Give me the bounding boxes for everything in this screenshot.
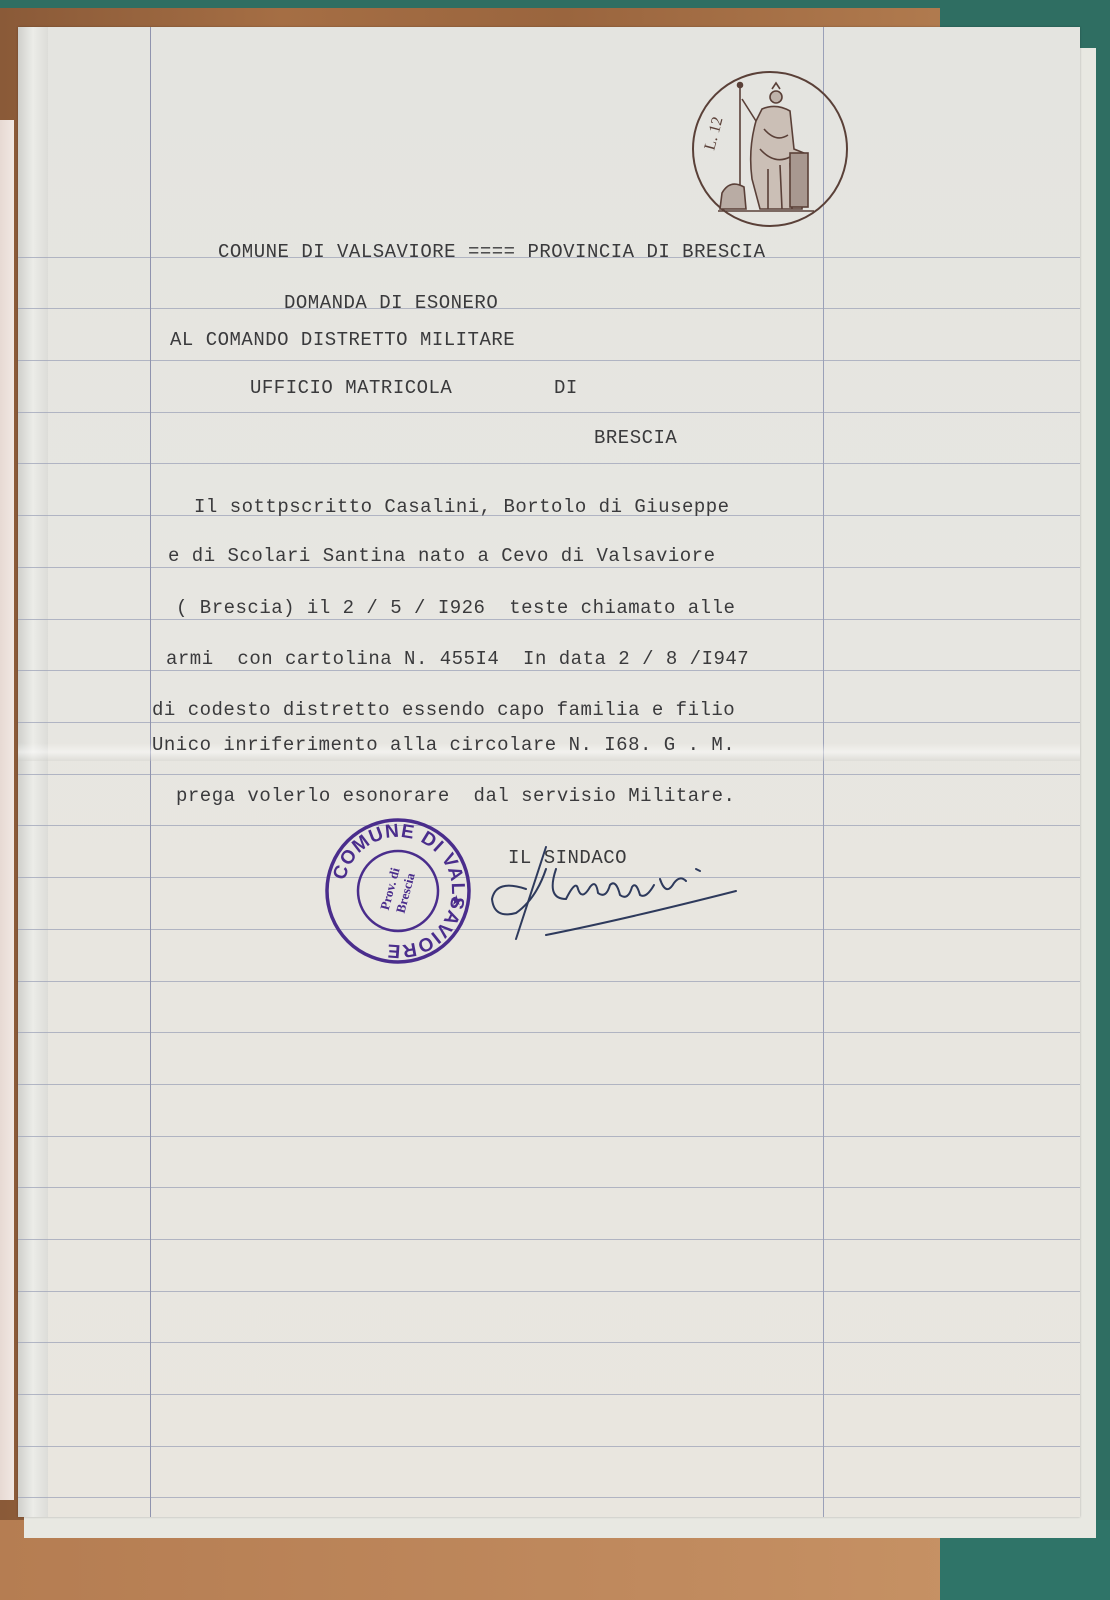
addressee-city: BRESCIA (594, 427, 677, 449)
ruled-line (18, 1342, 1080, 1343)
svg-text:L. 12: L. 12 (701, 115, 726, 152)
ruled-line (18, 1136, 1080, 1137)
ruled-line (18, 1394, 1080, 1395)
ruled-line (18, 981, 1080, 982)
ruled-line (18, 670, 1080, 671)
mayor-signature (486, 839, 746, 949)
ruled-line (18, 1291, 1080, 1292)
right-margin-line (823, 27, 824, 1517)
paper-stack-edge (0, 120, 14, 1500)
revenue-stamp: L. 12 (690, 69, 850, 229)
italia-figure-icon: L. 12 (690, 69, 850, 229)
ruled-line (18, 619, 1080, 620)
body-line: ( Brescia) il 2 / 5 / I926 teste chiamat… (176, 597, 735, 619)
ruled-line (18, 1497, 1080, 1498)
municipal-seal: COMUNE DI VALSAVIORE ★ Prov. di Brescia (324, 817, 472, 965)
ruled-line (18, 567, 1080, 568)
body-line: Unico inriferimento alla circolare N. I6… (152, 734, 735, 756)
ruled-line (18, 825, 1080, 826)
body-line: e di Scolari Santina nato a Cevo di Vals… (168, 545, 716, 567)
addressee-di: DI (554, 377, 578, 399)
document-title: DOMANDA DI ESONERO (284, 292, 498, 314)
ruled-line (18, 1032, 1080, 1033)
signature-icon (486, 839, 746, 949)
ruled-line (18, 1187, 1080, 1188)
svg-text:★: ★ (450, 893, 463, 909)
body-line: Il sottpscritto Casalini, Bortolo di Giu… (194, 496, 730, 518)
ruled-line (18, 1084, 1080, 1085)
addressee-line-1: AL COMANDO DISTRETTO MILITARE (170, 329, 515, 351)
ruled-line (18, 722, 1080, 723)
binding-edge (18, 27, 48, 1517)
body-line: di codesto distretto essendo capo famili… (152, 699, 735, 721)
body-line: prega volerlo esonorare dal servisio Mil… (176, 785, 735, 807)
body-line: armi con cartolina N. 455I4 In data 2 / … (166, 648, 749, 670)
ruled-line (18, 774, 1080, 775)
document-page: L. 12 COMUNE DI VALSAVIORE ==== PROVINCI… (18, 27, 1080, 1517)
ruled-line (18, 463, 1080, 464)
ruled-line (18, 1446, 1080, 1447)
ruled-line (18, 1239, 1080, 1240)
left-margin-line (150, 27, 151, 1517)
ruled-line (18, 412, 1080, 413)
ruled-line (18, 360, 1080, 361)
ruled-line (18, 308, 1080, 309)
addressee-line-2: UFFICIO MATRICOLA (250, 377, 452, 399)
seal-icon: COMUNE DI VALSAVIORE ★ Prov. di Brescia (324, 817, 472, 965)
header-line: COMUNE DI VALSAVIORE ==== PROVINCIA DI B… (218, 241, 766, 263)
